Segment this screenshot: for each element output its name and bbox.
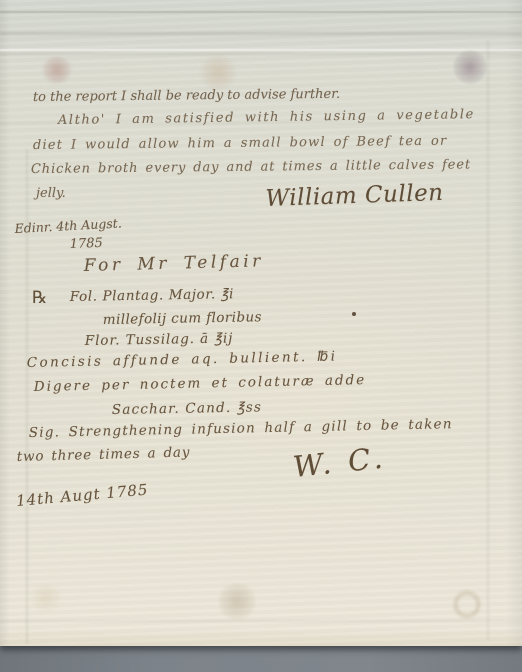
seal-smudge bbox=[200, 55, 236, 90]
seal-smudge bbox=[42, 56, 72, 84]
prescription-ingredient-line: Flor. Tussilag. ā ℥ij bbox=[85, 330, 234, 349]
seal-smudge bbox=[452, 589, 482, 620]
rx-symbol: ℞ bbox=[32, 288, 47, 308]
paper-crease bbox=[487, 40, 489, 640]
seal-smudge bbox=[218, 583, 256, 620]
prescription-ingredient-line: Fol. Plantag. Major. ℥i bbox=[70, 286, 234, 305]
letter-paper: to the report I shall be ready to advise… bbox=[0, 0, 522, 646]
seal-smudge bbox=[30, 583, 62, 613]
seal-smudge bbox=[453, 50, 487, 84]
dateline-year: 1785 bbox=[69, 236, 103, 252]
paper-crease bbox=[0, 53, 522, 55]
paper-crease bbox=[0, 49, 522, 51]
document-photo: to the report I shall be ready to advise… bbox=[0, 0, 522, 672]
prescription-direction-line: Sacchar. Cand. ℥ss bbox=[112, 399, 263, 418]
prescription-ingredient-line: millefolij cum floribus bbox=[103, 309, 262, 328]
paper-crease bbox=[0, 11, 522, 13]
letter-line: jelly. bbox=[36, 186, 66, 201]
ink-spot bbox=[352, 312, 356, 316]
paper-crease bbox=[0, 32, 522, 35]
letter-line: to the report I shall be ready to advise… bbox=[33, 87, 340, 105]
paper-crease bbox=[0, 620, 522, 622]
